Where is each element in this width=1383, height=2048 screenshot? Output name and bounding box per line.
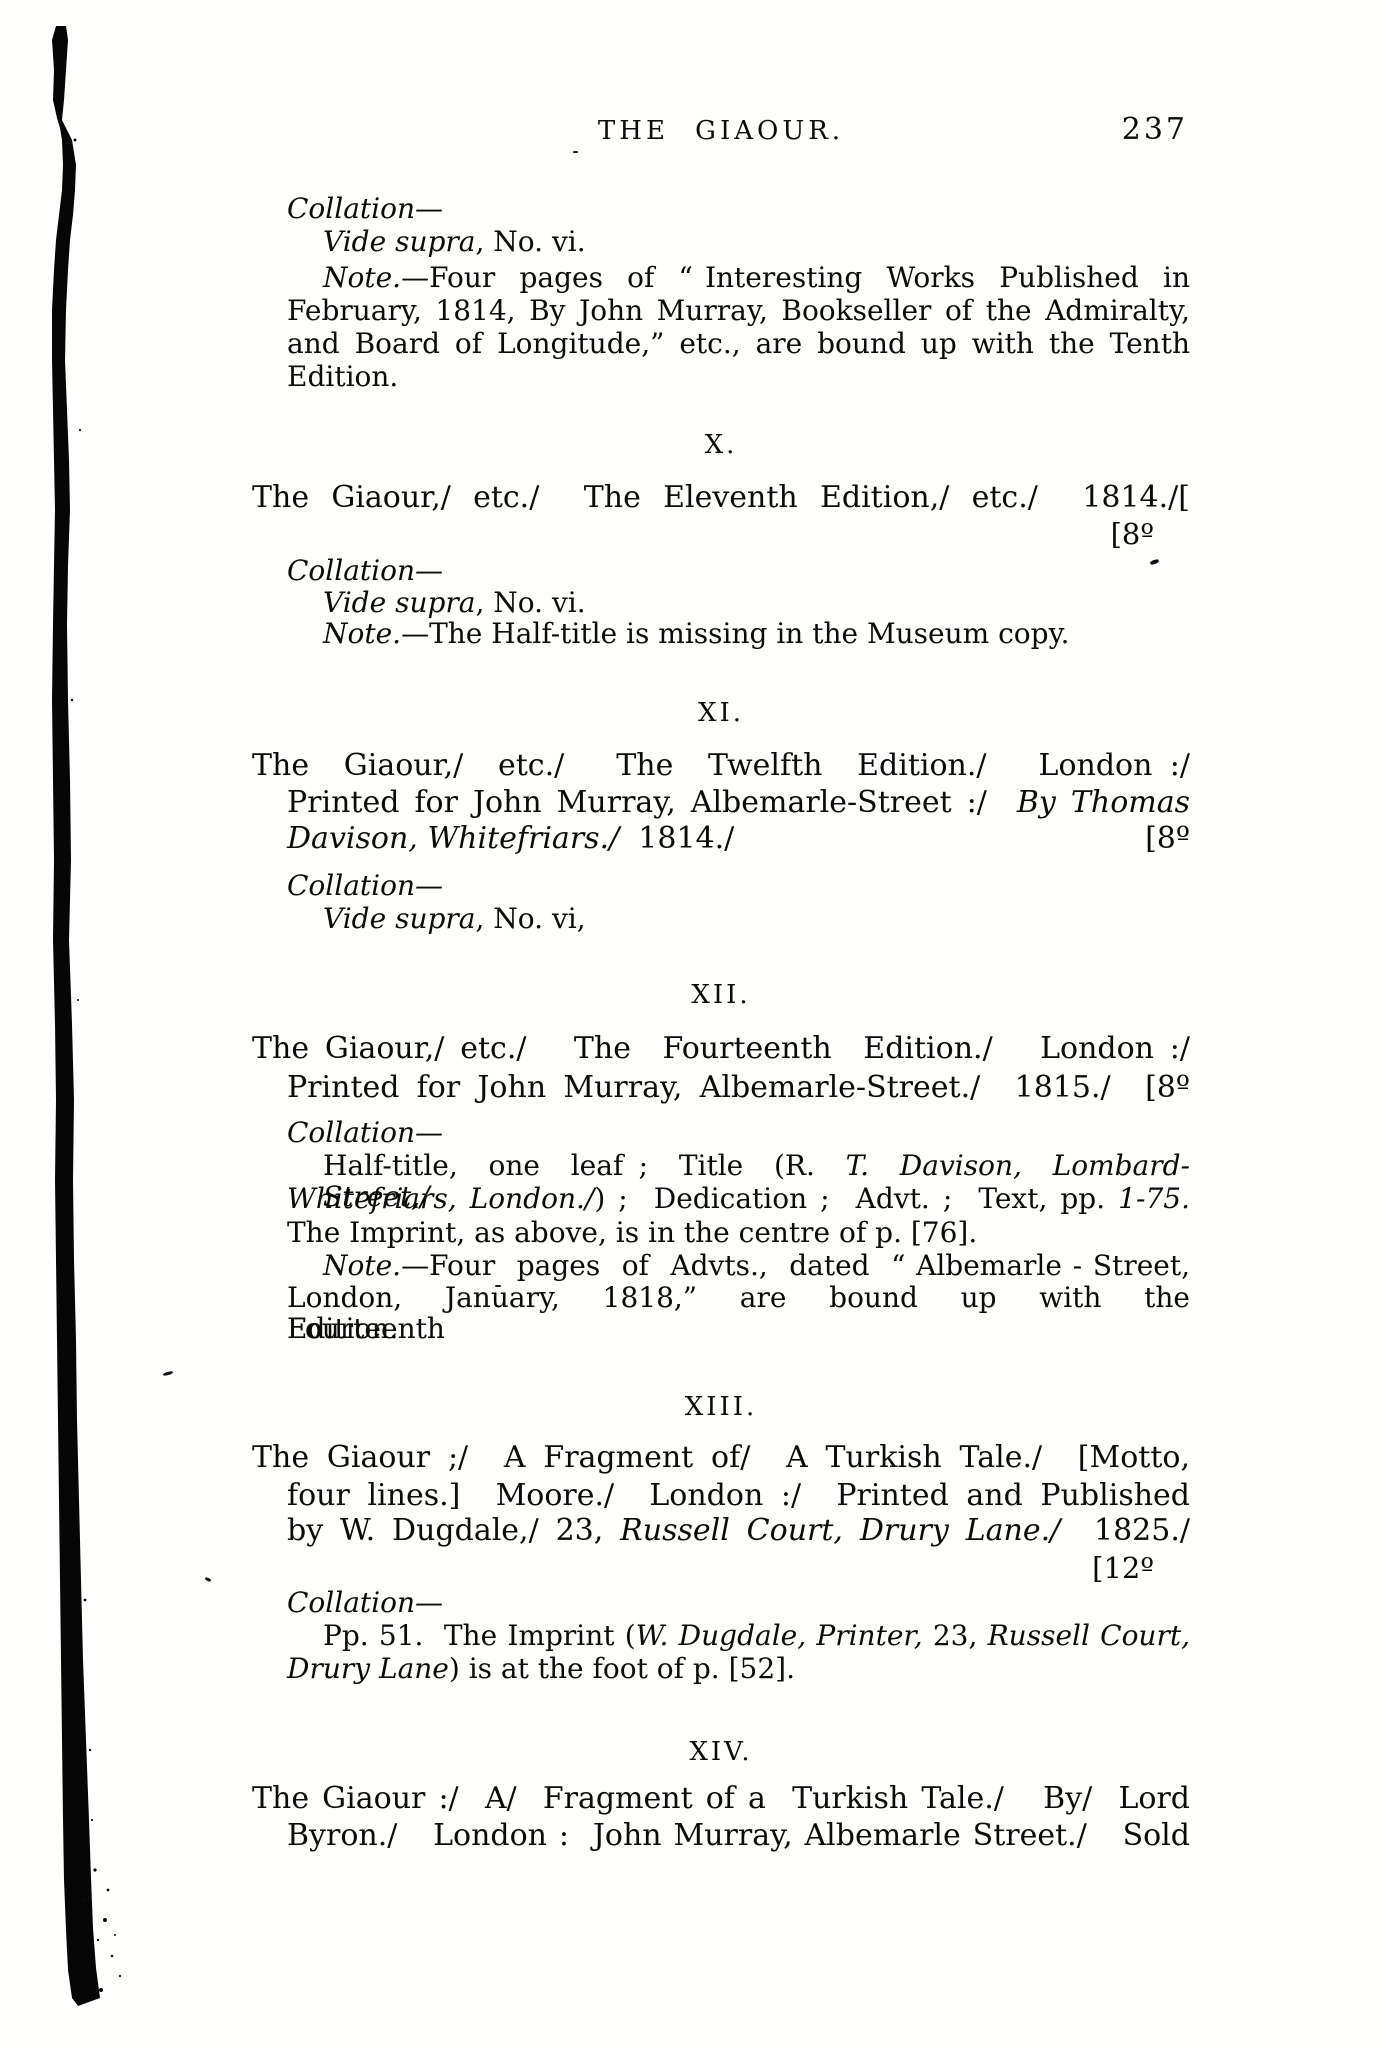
note-line: Note.—Four pages of Advts., dated “ Albe… [323, 1250, 1190, 1281]
section-number-xiv: XIV. [252, 1737, 1190, 1767]
collation-detail-line: Whitefriars, London./) ; Dedication ; Ad… [287, 1183, 1190, 1214]
collation-label-line: Collation— [287, 870, 443, 901]
entry-line: Davison, Whitefriars./ 1814./ [8º [287, 823, 1190, 855]
collation-detail-line: Pp. 51. The Imprint (W. Dugdale, Printer… [323, 1620, 1190, 1651]
entry-line: The Giaour,/ etc./ The Fourteenth Editio… [252, 1033, 1190, 1065]
entry-line-text: Davison, Whitefriars./ 1814./ [287, 823, 734, 855]
scan-speck [163, 1371, 173, 1376]
text-block: THE GIAOUR. 237 Collation— Vide supra, N… [252, 0, 1190, 2048]
note-line: February, 1814, By John Murray, Booksell… [287, 295, 1190, 326]
scanned-book-page: THE GIAOUR. 237 Collation— Vide supra, N… [0, 0, 1383, 2048]
collation-label-line: Collation— [287, 193, 443, 224]
format-designation: [12º [1092, 1552, 1154, 1584]
note-line: Note.—Four pages of “ Interesting Works … [323, 262, 1190, 293]
collation-label-line: Collation— [287, 1117, 443, 1148]
format-designation: [8º [1111, 518, 1154, 550]
entry-line: Printed for John Murray, Albemarle-Stree… [287, 1072, 1190, 1104]
note-line: and Board of Longitude,” etc., are bound… [287, 328, 1190, 359]
collation-label-line: Collation— [287, 555, 443, 586]
collation-vide-line: Vide supra, No. vi. [323, 226, 586, 257]
collation-detail-line: The Imprint, as above, is in the centre … [287, 1217, 977, 1248]
entry-line: The Giaour :/ A/ Fragment of a Turkish T… [252, 1783, 1190, 1815]
entry-line: four lines.] Moore./ London :/ Printed a… [287, 1480, 1190, 1512]
note-line: Edition. [287, 1313, 398, 1344]
entry-line: The Giaour,/ etc./ The Twelfth Edition./… [252, 750, 1190, 782]
collation-vide-line: Vide supra, No. vi. [323, 587, 586, 618]
collation-detail-line: Drury Lane) is at the foot of p. [52]. [287, 1653, 795, 1684]
page-number: 237 [1122, 112, 1188, 147]
note-line: Note.—The Half-title is missing in the M… [323, 618, 1070, 649]
entry-line: by W. Dugdale,/ 23, Russell Court, Drury… [287, 1515, 1190, 1547]
note-line: London, January, 1818,” are bound up wit… [287, 1282, 1190, 1344]
format-designation: [8º [1145, 823, 1190, 855]
collation-vide-line: Vide supra, No. vi, [323, 903, 586, 934]
section-number-x: X. [252, 430, 1190, 460]
note-line: Edition. [287, 361, 398, 392]
running-title: THE GIAOUR. [252, 116, 1190, 146]
section-number-xiii: XIII. [252, 1392, 1190, 1422]
entry-line: The Giaour ;/ A Fragment of/ A Turkish T… [252, 1442, 1190, 1474]
entry-line: Byron./ London : John Murray, Albemarle … [287, 1820, 1190, 1852]
collation-label-line: Collation— [287, 1587, 443, 1618]
entry-line: The Giaour,/ etc./ The Eleventh Edition,… [252, 482, 1190, 514]
binding-shadow-artifact [0, 0, 160, 2048]
section-number-xii: XII. [252, 980, 1190, 1010]
scan-speck [205, 1577, 212, 1582]
entry-line: Printed for John Murray, Albemarle-Stree… [287, 787, 1190, 819]
section-number-xi: XI. [252, 698, 1190, 728]
